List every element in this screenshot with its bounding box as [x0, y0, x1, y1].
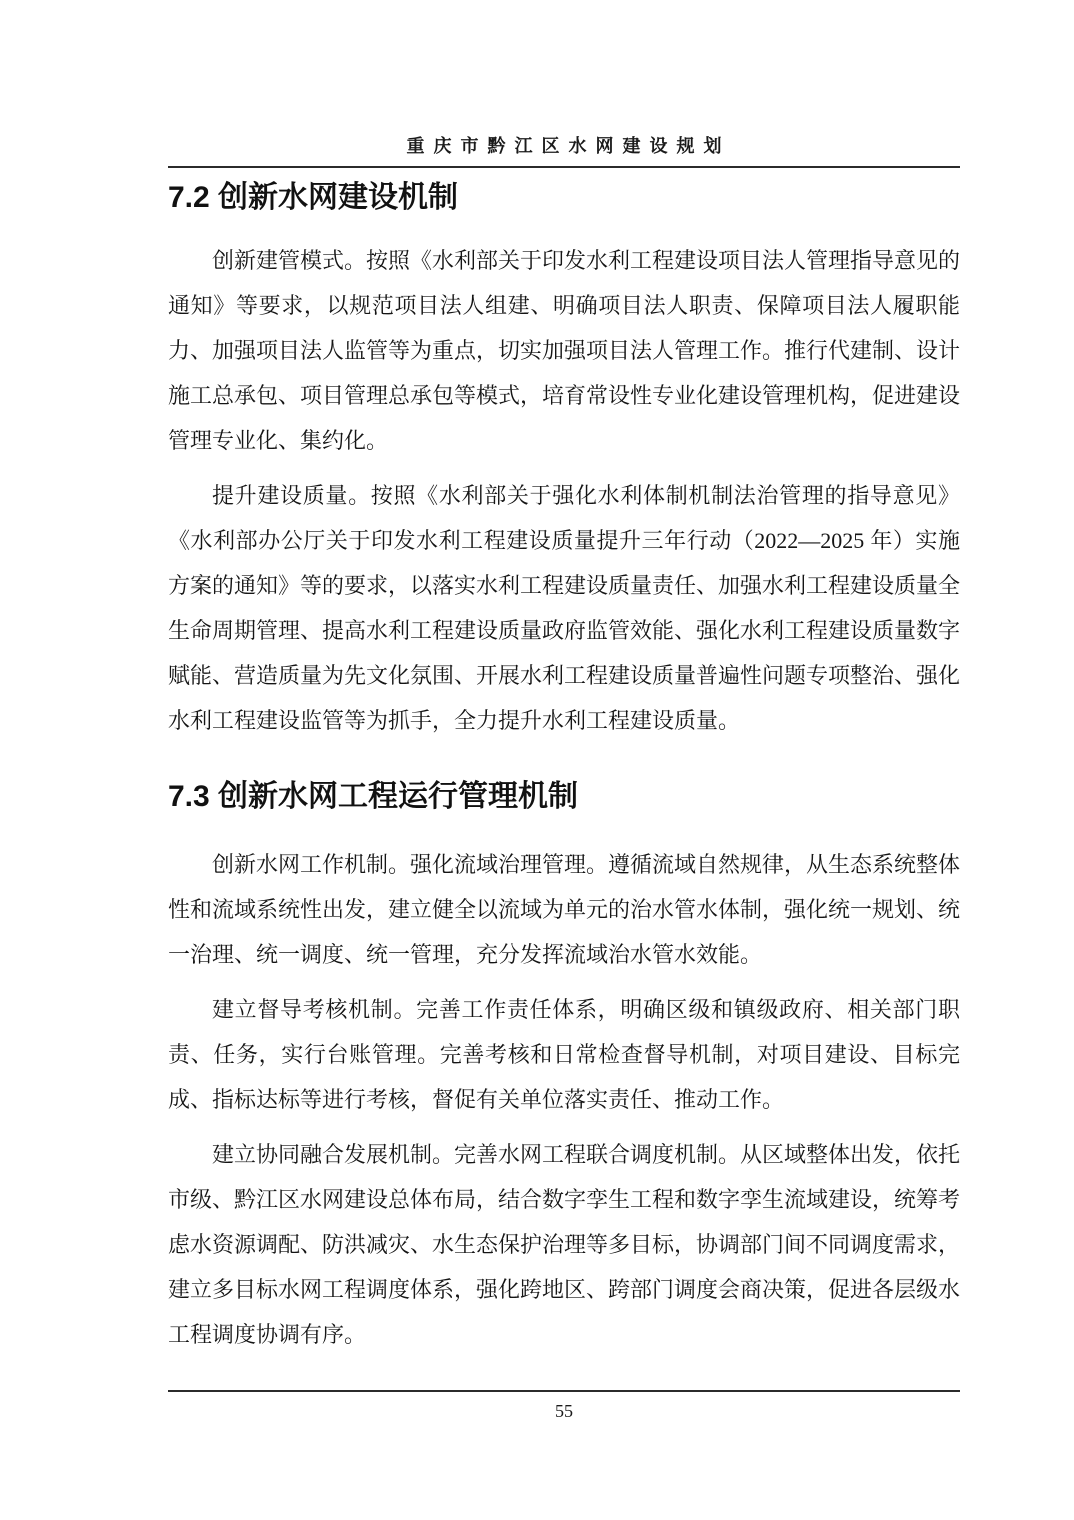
paragraph: 创新水网工作机制。强化流域治理管理。遵循流域自然规律，从生态系统整体性和流域系统…	[168, 842, 960, 977]
paragraph: 创新建管模式。按照《水利部关于印发水利工程建设项目法人管理指导意见的通知》等要求…	[168, 238, 960, 463]
header-rule	[168, 166, 960, 168]
footer-rule	[168, 1390, 960, 1392]
paragraph: 建立督导考核机制。完善工作责任体系，明确区级和镇级政府、相关部门职责、任务，实行…	[168, 987, 960, 1122]
paragraph: 建立协同融合发展机制。完善水网工程联合调度机制。从区域整体出发，依托市级、黔江区…	[168, 1132, 960, 1357]
document-page: 重庆市黔江区水网建设规划 7.2 创新水网建设机制 创新建管模式。按照《水利部关…	[0, 0, 1074, 1520]
page-number: 55	[168, 1399, 960, 1423]
page-header: 重庆市黔江区水网建设规划	[168, 133, 960, 168]
document-body: 7.2 创新水网建设机制 创新建管模式。按照《水利部关于印发水利工程建设项目法人…	[168, 177, 960, 1357]
page-footer: 55	[168, 1390, 960, 1423]
section-heading-7-3: 7.3 创新水网工程运行管理机制	[168, 776, 960, 818]
paragraph: 提升建设质量。按照《水利部关于强化水利体制机制法治管理的指导意见》《水利部办公厅…	[168, 473, 960, 743]
header-title: 重庆市黔江区水网建设规划	[168, 133, 960, 159]
section-heading-7-2: 7.2 创新水网建设机制	[168, 177, 960, 219]
